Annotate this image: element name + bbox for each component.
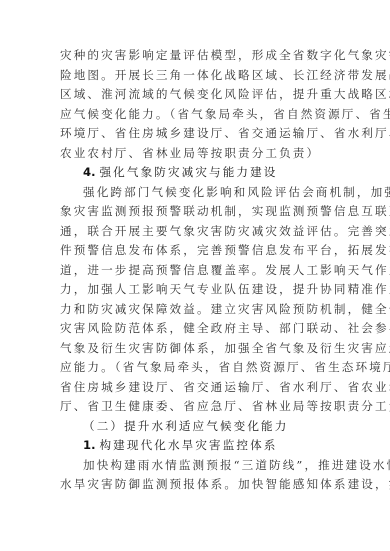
- text-line: 灾种的灾害影响定量评估模型，形成全省数字化气象灾害风: [60, 46, 332, 66]
- paragraph-flood-monitoring: 加快构建雨水情监测预报“三道防线”，推进建设水情及 水旱灾害防御监测预报体系。加…: [60, 456, 332, 495]
- text-line: 应气候变化能力。（省气象局牵头，省自然资源厅、省生态: [60, 105, 332, 125]
- document-page: 灾种的灾害影响定量评估模型，形成全省数字化气象灾害风 险地图。开展长三角一体化战…: [60, 46, 332, 495]
- text-line: 区域、淮河流域的气候变化风险评估，提升重大战略区域适: [60, 85, 332, 105]
- heading-number: 1.: [83, 438, 95, 452]
- heading-4: 4.强化气象防灾减灾与能力建设: [60, 163, 332, 183]
- section-heading-2: （二）提升水利适应气候变化能力: [60, 417, 332, 437]
- text-line: 力和防灾减灾保障效益。建立灾害风险预防机制，健全气象: [60, 300, 332, 320]
- paragraph-disaster-prevention: 强化跨部门气候变化影响和风险评估会商机制，加强气 象灾害监测预报预警联动机制，实…: [60, 183, 332, 417]
- text-line: 灾害风险防范体系，健全政府主导、部门联动、社会参与的: [60, 319, 332, 339]
- text-line: 强化跨部门气候变化影响和风险评估会商机制，加强气: [60, 183, 332, 203]
- text-line: 件预警信息发布体系，完善预警信息发布平台，拓展发布渠: [60, 241, 332, 261]
- text-line: 应能力。（省气象局牵头，省自然资源厅、省生态环境厅、: [60, 358, 332, 378]
- text-line: 险地图。开展长三角一体化战略区域、长江经济带发展战略: [60, 66, 332, 86]
- text-line: 加快构建雨水情监测预报“三道防线”，推进建设水情及: [60, 456, 332, 476]
- heading-title: 强化气象防灾减灾与能力建设: [99, 165, 277, 179]
- paragraph-risk-assessment: 灾种的灾害影响定量评估模型，形成全省数字化气象灾害风 险地图。开展长三角一体化战…: [60, 46, 332, 163]
- heading-1: 1.构建现代化水旱灾害监控体系: [60, 436, 332, 456]
- text-line: 农业农村厅、省林业局等按职责分工负责）: [60, 144, 332, 164]
- text-line: 力，加强人工影响天气专业队伍建设，提升协同精准作业能: [60, 280, 332, 300]
- text-line: 通，联合开展主要气象灾害防灾减灾效益评估。完善突发事: [60, 222, 332, 242]
- text-line: 环境厅、省住房城乡建设厅、省交通运输厅、省水利厅、省: [60, 124, 332, 144]
- text-line: 水旱灾害防御监测预报体系。加快智能感知体系建设，实施: [60, 475, 332, 495]
- text-line: 省住房城乡建设厅、省交通运输厅、省水利厅、省农业农村: [60, 378, 332, 398]
- heading-title: 构建现代化水旱灾害监控体系: [99, 438, 277, 452]
- text-line: 厅、省卫生健康委、省应急厅、省林业局等按职责分工负责）: [60, 397, 332, 417]
- text-line: 道，进一步提高预警信息覆盖率。发展人工影响天气作业能: [60, 261, 332, 281]
- heading-number: 4.: [83, 165, 95, 179]
- text-line: 气象及衍生灾害防御体系，加强全省气象及衍生灾害应急响: [60, 339, 332, 359]
- text-line: 象灾害监测预报预警联动机制，实现监测预警信息互联互: [60, 202, 332, 222]
